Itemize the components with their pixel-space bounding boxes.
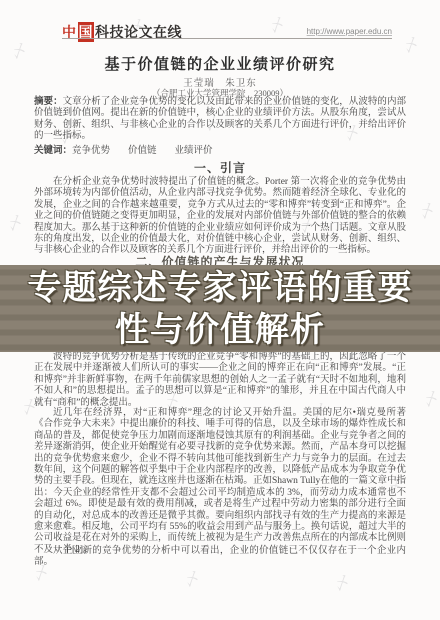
site-logo: 中 国 科技论文在线 bbox=[62, 22, 182, 42]
abstract-paragraph: 摘要：文章分析了企业竞争优势的变化以及由此带来的企业价值链的变化，从波特的内部价… bbox=[34, 97, 406, 143]
abstract-block: 摘要：文章分析了企业竞争优势的变化以及由此带来的企业价值链的变化，从波特的内部价… bbox=[34, 97, 406, 157]
abstract-label: 摘要： bbox=[34, 97, 63, 107]
logo-text: 科技论文在线 bbox=[95, 22, 182, 42]
header-rule bbox=[62, 38, 392, 39]
paragraph-2: 波特的竞争优势分析是基于传统的企业竞争“零和博弈”的基础上的，因此忽略了一个正在… bbox=[34, 352, 406, 409]
overlay-headline-line1: 专题综述专家评语的重要 bbox=[28, 267, 413, 309]
paragraph-3-wrap: 近几年在经济界，对“正和博弈”理念的讨论又开始升温。美国的尼尔•瑞克曼所著《合作… bbox=[34, 408, 406, 556]
logo-guo-char: 国 bbox=[78, 22, 95, 42]
overlay-headline-line2: 性与价值解析 bbox=[115, 309, 325, 351]
section-1-title: 一、引言 bbox=[0, 159, 440, 176]
paragraph-1: 在分析企业竞争优势时波特提出了价值链的概念。Porter 第一次将企业的竞争优势… bbox=[34, 177, 406, 257]
watermark-icon: 乄 bbox=[331, 570, 353, 595]
paragraph-3: 近几年在经济界，对“正和博弈”理念的讨论又开始升温。美国的尼尔•瑞克曼所著《合作… bbox=[34, 408, 406, 556]
watermark-icon: 乄 bbox=[416, 198, 438, 223]
paper-title: 基于价值链的企业业绩评价研究 bbox=[0, 53, 440, 74]
keyword: 竞争优势 bbox=[72, 146, 110, 156]
watermark-icon: 乄 bbox=[420, 386, 440, 411]
paper-page: 乄 乄 乄 乄 乄 乄 乄 乄 乄 乄 乄 乄 乄 乄 乄 乄 乄 乄 乄 乄 … bbox=[0, 0, 440, 620]
keyword: 价值链 bbox=[128, 146, 157, 156]
site-url-link[interactable]: http://www.paper.edu.cn bbox=[307, 27, 392, 36]
paragraph-2-wrap: 波特的竞争优势分析是基于传统的企业竞争“零和博弈”的基础上的，因此忽略了一个正在… bbox=[34, 352, 406, 409]
watermark-icon: 乄 bbox=[4, 210, 26, 235]
keywords-label: 关键词： bbox=[34, 146, 72, 156]
keyword: 业绩评价 bbox=[175, 146, 213, 156]
paragraph-4-wrap: 从企业新的竞争优势的分析中可以看出，企业的价值链已不仅仅存在于一个企业内部。 bbox=[34, 546, 406, 569]
logo-zhong-char: 中 bbox=[62, 22, 77, 42]
promo-overlay-banner: 专题综述专家评语的重要 性与价值解析 bbox=[0, 265, 440, 352]
abstract-text: 文章分析了企业竞争优势的变化以及由此带来的企业价值链的变化，从波特的内部价值链到… bbox=[34, 97, 406, 141]
section-1-body: 在分析企业竞争优势时波特提出了价值链的概念。Porter 第一次将企业的竞争优势… bbox=[34, 177, 406, 257]
watermark-icon: 乄 bbox=[181, 566, 203, 591]
keywords-line: 关键词：竞争优势价值链业绩评价 bbox=[34, 146, 406, 157]
paragraph-4: 从企业新的竞争优势的分析中可以看出，企业的价值链已不仅仅存在于一个企业内部。 bbox=[34, 546, 406, 569]
